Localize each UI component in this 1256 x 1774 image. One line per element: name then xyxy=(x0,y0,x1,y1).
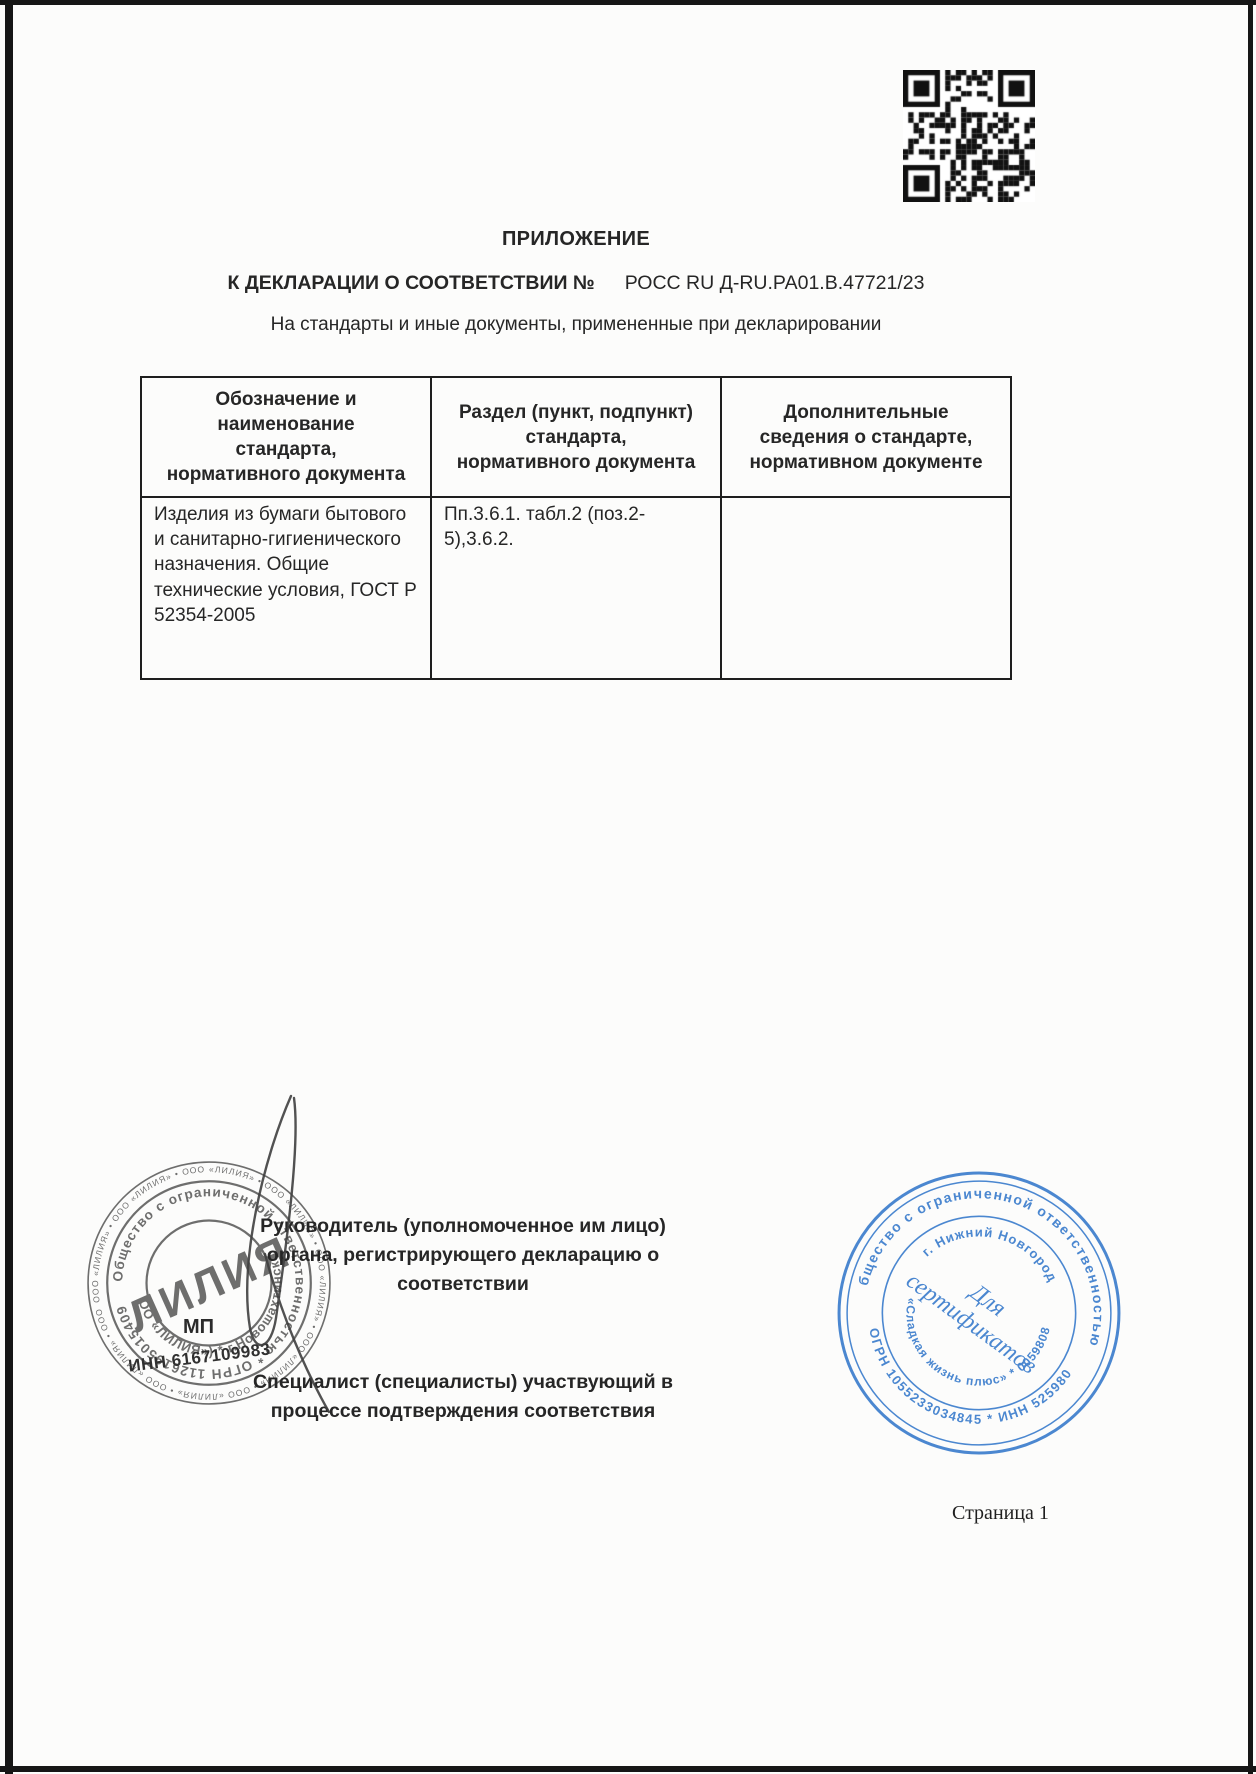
declaration-number: РОСС RU Д-RU.РА01.В.47721/23 xyxy=(625,272,925,295)
qr-code xyxy=(903,70,1035,202)
certification-stamp-blue: Общество с ограниченной ответственностью… xyxy=(800,1134,1158,1492)
scan-edge-bottom xyxy=(0,1766,1256,1772)
table-header-row: Обозначение и наименование стандарта, но… xyxy=(141,377,1011,497)
header-standard-designation: Обозначение и наименование стандарта, но… xyxy=(141,377,431,497)
scan-edge-top xyxy=(0,0,1256,5)
handwritten-signature xyxy=(205,1082,395,1422)
cell-standard-designation: Изделия из бумаги бытового и санитарно-г… xyxy=(141,497,431,679)
header-standard-section: Раздел (пункт, подпункт) стандарта, норм… xyxy=(431,377,721,497)
page-title: ПРИЛОЖЕНИЕ xyxy=(140,228,1012,251)
page-number: Страница 1 xyxy=(952,1502,1049,1525)
header-additional-info: Дополнительные сведения о стандарте, нор… xyxy=(721,377,1011,497)
cell-additional-info xyxy=(721,497,1011,679)
scanned-document-page: ПРИЛОЖЕНИЕ К ДЕКЛАРАЦИИ О СООТВЕТСТВИИ №… xyxy=(0,0,1256,1774)
document-subtitle: На стандарты и иные документы, примененн… xyxy=(140,314,1012,336)
cell-standard-section: Пп.3.6.1. табл.2 (поз.2-5),3.6.2. xyxy=(431,497,721,679)
declaration-label: К ДЕКЛАРАЦИИ О СООТВЕТСТВИИ № xyxy=(228,272,595,295)
scan-edge-left xyxy=(5,0,13,1774)
scan-edge-right xyxy=(1248,0,1253,1774)
declaration-line: К ДЕКЛАРАЦИИ О СООТВЕТСТВИИ № РОСС RU Д-… xyxy=(140,272,1012,295)
table-row: Изделия из бумаги бытового и санитарно-г… xyxy=(141,497,1011,679)
standards-table: Обозначение и наименование стандарта, но… xyxy=(140,376,1012,680)
